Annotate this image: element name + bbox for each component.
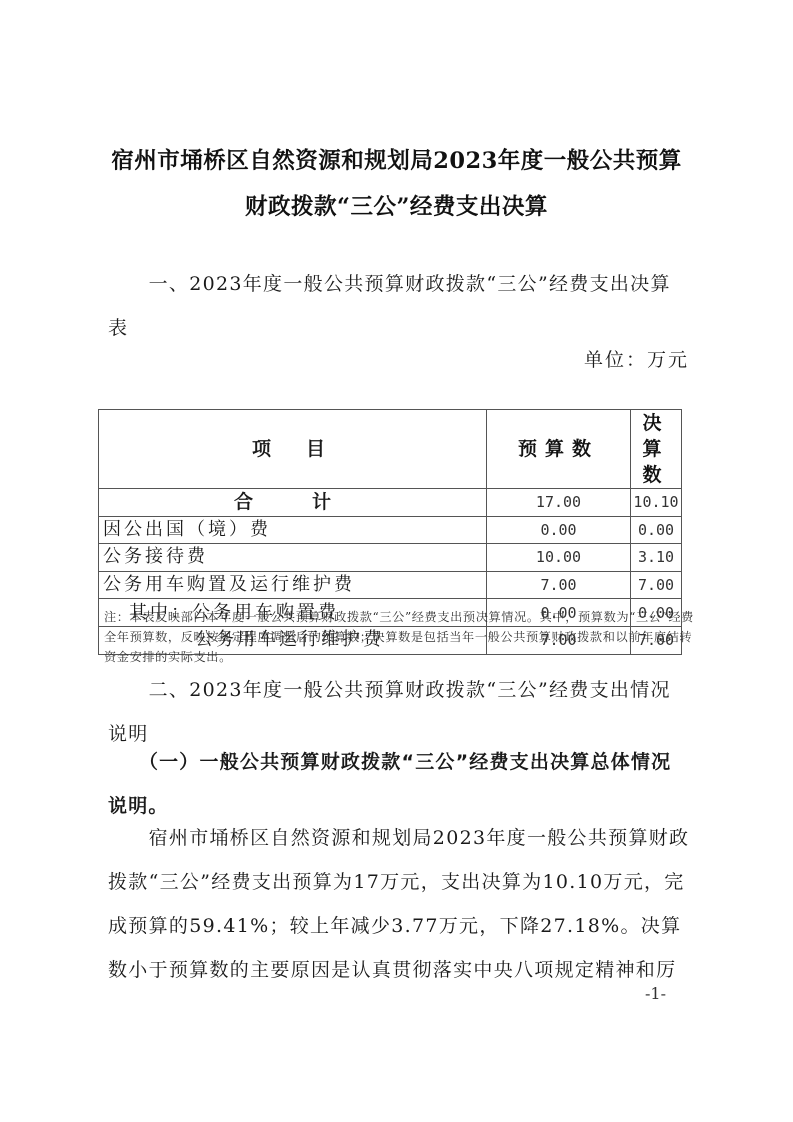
row-actual: 10.10: [631, 489, 682, 517]
row-budget: 7.00: [487, 571, 631, 599]
row-budget: 0.00: [487, 516, 631, 544]
body-paragraph: 宿州市埇桥区自然资源和规划局2023年度一般公共预算财政拨款“三公”经费支出预算…: [108, 816, 690, 992]
table-row: 因公出国（境）费 0.00 0.00: [99, 516, 682, 544]
row-budget: 17.00: [487, 489, 631, 517]
table-header-row: 项 目 预算数 决算数: [99, 410, 682, 489]
row-item: 因公出国（境）费: [99, 516, 487, 544]
unit-label: 单位：万元: [584, 340, 689, 380]
page-number: -1-: [645, 984, 666, 1003]
header-item: 项 目: [99, 410, 487, 489]
table-row: 公务用车购置及运行维护费 7.00 7.00: [99, 571, 682, 599]
subsection1-heading: （一）一般公共预算财政拨款“三公”经费支出决算总体情况说明。: [108, 740, 690, 828]
document-title-line2: 财政拨款“三公”经费支出决算: [0, 184, 793, 230]
header-actual: 决算数: [631, 410, 682, 489]
table-row: 公务接待费 10.00 3.10: [99, 544, 682, 572]
table-note: 注：本表反映部门本年度一般公共预算财政拨款“三公”经费支出预决算情况。其中，预算…: [104, 607, 694, 667]
row-actual: 0.00: [631, 516, 682, 544]
row-actual: 7.00: [631, 571, 682, 599]
row-item: 公务用车购置及运行维护费: [99, 571, 487, 599]
header-budget: 预算数: [487, 410, 631, 489]
row-actual: 3.10: [631, 544, 682, 572]
row-item: 公务接待费: [99, 544, 487, 572]
section1-heading: 一、2023年度一般公共预算财政拨款“三公”经费支出决算表: [108, 262, 690, 350]
document-title-line1: 宿州市埇桥区自然资源和规划局2023年度一般公共预算: [0, 138, 793, 184]
row-item: 合 计: [99, 489, 487, 517]
table-row-total: 合 计 17.00 10.10: [99, 489, 682, 517]
row-budget: 10.00: [487, 544, 631, 572]
